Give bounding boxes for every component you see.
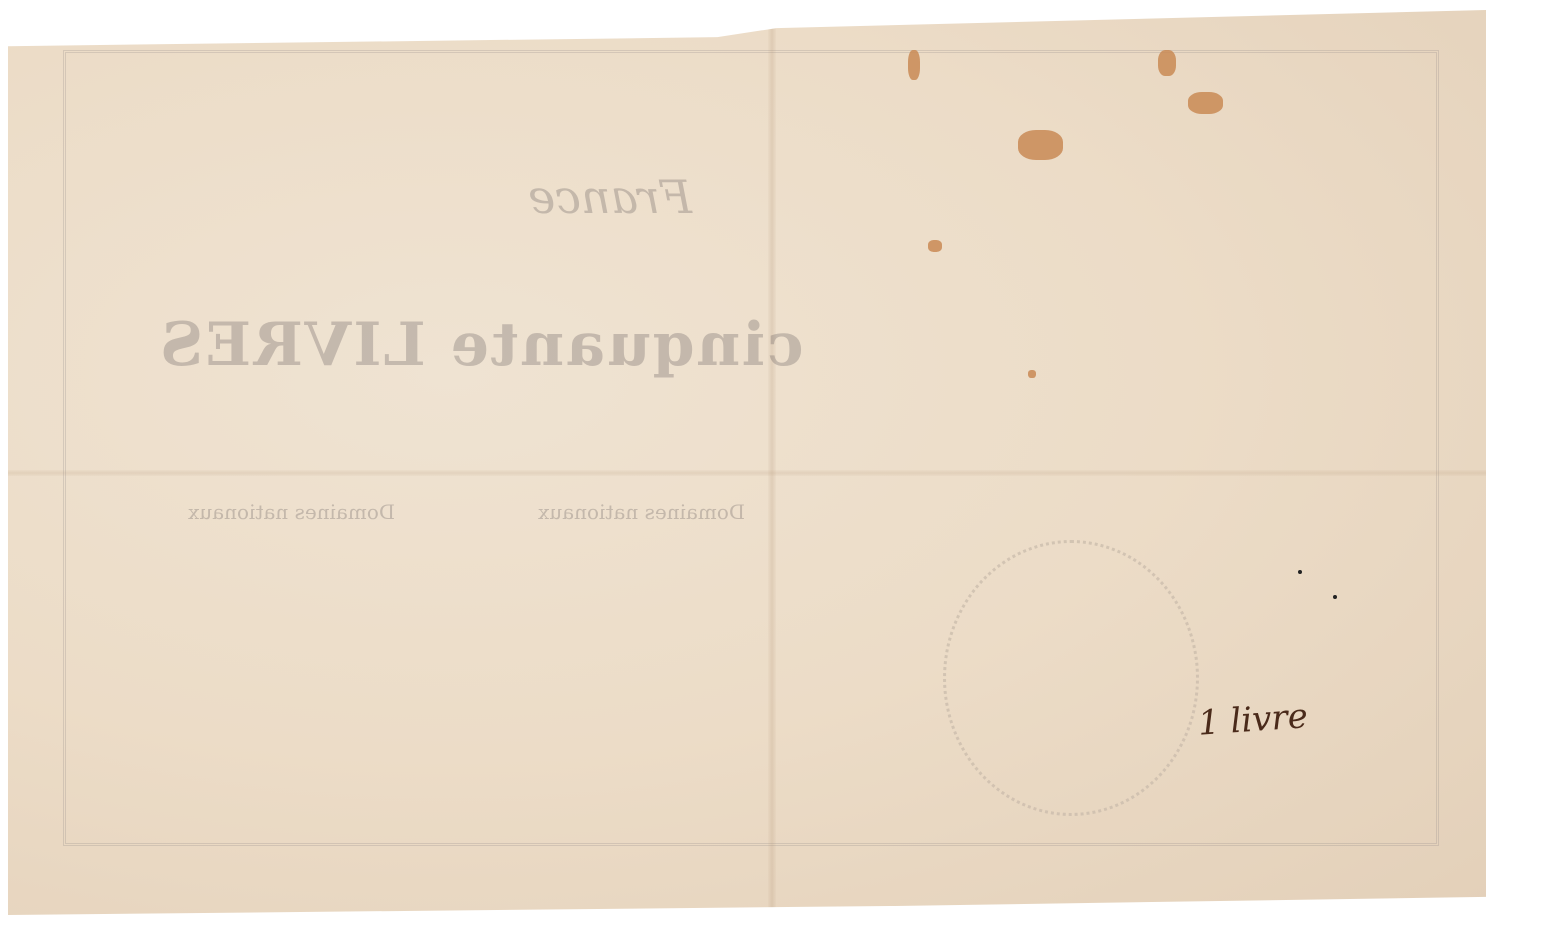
handwritten-note: 1 livre [1197, 696, 1309, 744]
horizontal-fold [8, 470, 1486, 476]
stain [1028, 370, 1036, 378]
vertical-fold [768, 10, 776, 915]
stain [928, 240, 942, 252]
ink-dot [1298, 570, 1302, 574]
stain [908, 50, 920, 80]
banknote: France cinquante LIVRES Domaines nationa… [8, 10, 1486, 915]
mirrored-small-text-center: Domaines nationaux [538, 500, 745, 524]
mirrored-small-text-left: Domaines nationaux [188, 500, 395, 524]
stain [1188, 92, 1223, 114]
stain [1158, 50, 1176, 76]
embossed-seal [943, 540, 1199, 816]
ink-dot [1333, 595, 1337, 599]
mirrored-denomination: cinquante LIVRES [158, 310, 804, 380]
stain [1018, 130, 1063, 160]
mirrored-title: France [528, 170, 692, 224]
